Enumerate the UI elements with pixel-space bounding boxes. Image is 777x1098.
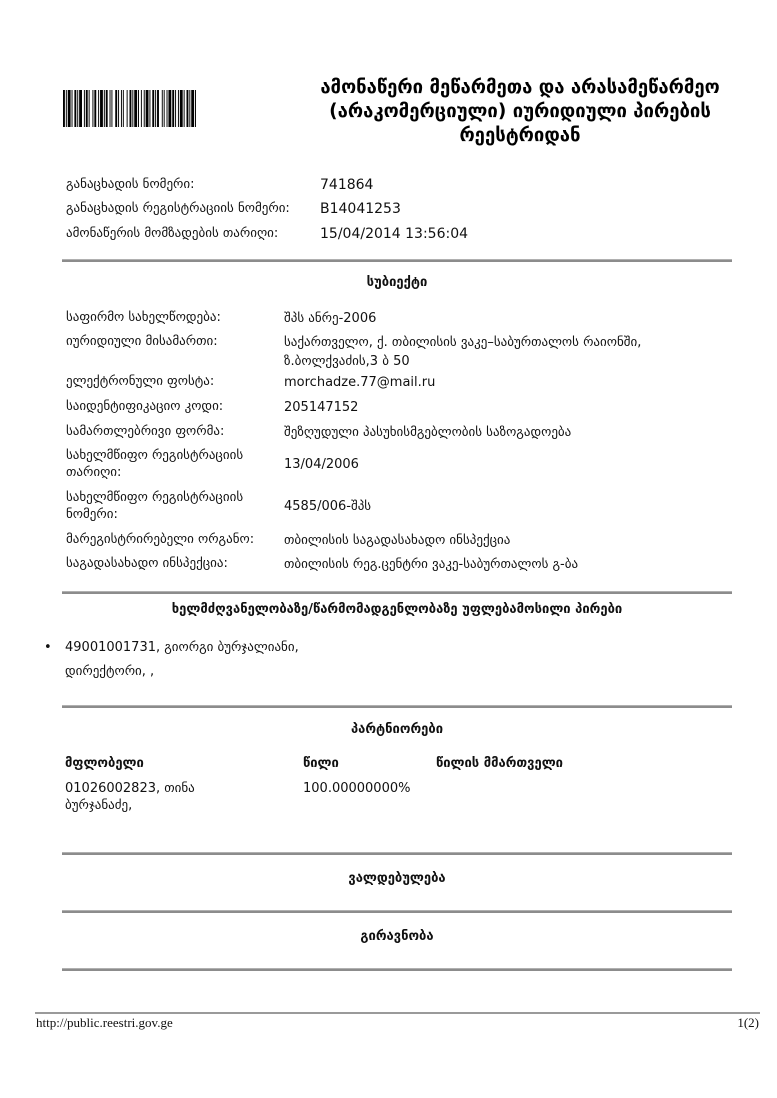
partners-section-title: პარტნიორები xyxy=(62,721,732,739)
registration-date-value: 13/04/2006 xyxy=(284,455,724,474)
application-registration-number-label: განაცხადის რეგისტრაციის ნომერი: xyxy=(66,199,290,219)
footer-url-link[interactable]: http://public.reestri.gov.ge xyxy=(36,1015,173,1031)
registration-date-label: სახელმწიფო რეგისტრაციის თარიღი: xyxy=(66,447,271,481)
partners-column-share-manager: წილის მმართველი xyxy=(436,755,563,773)
registration-number-label: სახელმწიფო რეგისტრაციის ნომერი: xyxy=(66,489,271,523)
title-line-1: ამონაწერი მეწარმეთა და არასამეწარმეო xyxy=(305,76,735,100)
section-divider xyxy=(62,852,732,855)
barcode-image xyxy=(63,90,273,127)
legal-address-value: საქართველო, ქ. თბილისის ვაკე–საბურთალოს … xyxy=(284,333,724,371)
partners-column-share: წილი xyxy=(303,755,339,773)
application-number-value: 741864 xyxy=(320,175,373,195)
obligations-section-title: ვალდებულება xyxy=(62,870,732,888)
authorized-persons-section-title: ხელმძღვანელობაზე/წარმომადგენლობაზე უფლებ… xyxy=(62,601,732,619)
legal-form-value: შეზღუდული პასუხისმგებლობის საზოგადოება xyxy=(284,423,724,442)
partners-column-owner: მფლობელი xyxy=(65,755,144,773)
authorized-person-line-1: 49001001731, გიორგი ბურჯალიანი, xyxy=(65,636,525,660)
email-value: morchadze.77@mail.ru xyxy=(284,373,724,392)
title-line-2: (არაკომერციული) იურიდიული პირების xyxy=(305,100,735,124)
section-divider xyxy=(62,968,732,971)
document-title: ამონაწერი მეწარმეთა და არასამეწარმეო (არ… xyxy=(305,76,735,148)
legal-form-label: სამართლებრივი ფორმა: xyxy=(66,423,281,440)
extract-date-value: 15/04/2014 13:56:04 xyxy=(320,224,468,244)
tax-inspection-value: თბილისის რეგ.ცენტრი ვაკე-საბურთალოს გ-ბა xyxy=(284,555,724,574)
registration-number-value: 4585/006-შპს xyxy=(284,497,724,516)
partner-owner-cell: 01026002823, თინა ბურჯანაძე, xyxy=(65,780,265,814)
subject-section-title: სუბიექტი xyxy=(62,274,732,292)
section-divider xyxy=(62,910,732,913)
section-divider xyxy=(62,705,732,708)
company-name-label: საფირმო სახელწოდება: xyxy=(66,309,281,326)
application-registration-number-value: B14041253 xyxy=(320,199,401,219)
registering-authority-label: მარეგისტრირებელი ორგანო: xyxy=(66,531,281,548)
page-number: 1(2) xyxy=(737,1015,759,1031)
identification-code-label: საიდენტიფიკაციო კოდი: xyxy=(66,398,281,415)
footer-divider xyxy=(35,1012,760,1014)
registering-authority-value: თბილისის საგადასახადო ინსპექცია xyxy=(284,531,724,550)
email-label: ელექტრონული ფოსტა: xyxy=(66,373,281,390)
authorized-person-line-2: დირექტორი, , xyxy=(65,660,525,684)
partner-share-cell: 100.00000000% xyxy=(303,780,433,797)
section-divider xyxy=(62,591,732,594)
legal-address-label: იურიდიული მისამართი: xyxy=(66,333,281,350)
title-line-3: რეესტრიდან xyxy=(305,124,735,148)
application-number-label: განაცხადის ნომერი: xyxy=(66,175,195,195)
extract-date-label: ამონაწერის მომზადების თარიღი: xyxy=(66,224,278,244)
identification-code-value: 205147152 xyxy=(284,398,724,417)
bullet-icon: • xyxy=(44,636,52,660)
pledge-section-title: გირავნობა xyxy=(62,928,732,946)
tax-inspection-label: საგადასახადო ინსპექცია: xyxy=(66,555,281,572)
company-name-value: შპს ანრე-2006 xyxy=(284,309,724,328)
section-divider xyxy=(62,259,732,262)
